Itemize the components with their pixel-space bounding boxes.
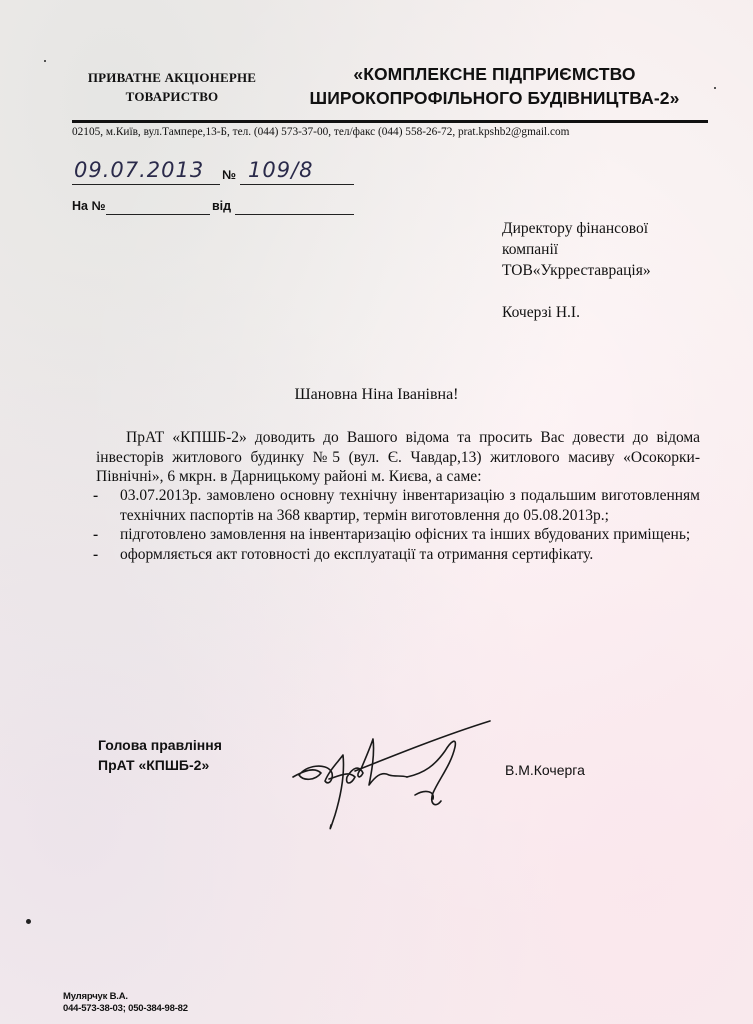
addressee-line2: компанії (502, 239, 722, 260)
list-item: оформляється акт готовності до експлуата… (93, 545, 700, 565)
addressee-block: Директору фінансової компанії ТОВ«Укррес… (502, 218, 722, 323)
addressee-line1: Директору фінансової (502, 218, 722, 239)
executor-info: Мулярчук В.А. 044-573-38-03; 050-384-98-… (63, 991, 188, 1015)
list-item: 03.07.2013р. замовлено основну технічну … (93, 486, 700, 525)
from-label: від (212, 199, 231, 213)
greeting: Шановна Ніна Іванівна! (0, 386, 753, 404)
signatory-position-line1: Голова правління (98, 735, 222, 755)
list-item: підготовлено замовлення на інвентаризаці… (93, 525, 700, 545)
outgoing-date: 09.07.2013 (74, 158, 204, 182)
org-type-line2: ТОВАРИСТВО (72, 87, 272, 106)
signatory-name: В.М.Кочерга (505, 762, 585, 778)
addressee-line3: ТОВ«Укрреставрація» (502, 260, 722, 281)
reply-to-underline (106, 199, 210, 215)
reply-to-label: На № (72, 199, 105, 213)
org-name-line2: ШИРОКОПРОФІЛЬНОГО БУДІВНИЦТВА-2» (282, 86, 707, 110)
org-type-line1: ПРИВАТНЕ АКЦІОНЕРНЕ (72, 68, 272, 87)
letterhead-contacts: 02105, м.Київ, вул.Тампере,13-Б, тел. (0… (72, 126, 712, 138)
executor-name: Мулярчук В.А. (63, 991, 188, 1003)
executor-phones: 044-573-38-03; 050-384-98-82 (63, 1003, 188, 1015)
org-name-line1: «КОМПЛЕКСНЕ ПІДПРИЄМСТВО (282, 62, 707, 86)
outgoing-number: 109/8 (248, 158, 314, 182)
from-underline (235, 199, 354, 215)
letterhead-org-name: «КОМПЛЕКСНЕ ПІДПРИЄМСТВО ШИРОКОПРОФІЛЬНО… (282, 62, 707, 110)
letter-body: ПрАТ «КПШБ-2» доводить до Вашого відома … (96, 428, 700, 487)
scan-speck (44, 60, 46, 62)
body-intro: ПрАТ «КПШБ-2» доводить до Вашого відома … (96, 428, 700, 487)
incoming-reference: На № від (72, 199, 362, 219)
signatory-position: Голова правління ПрАТ «КПШБ-2» (98, 735, 222, 775)
scan-speck (714, 87, 716, 89)
signature-icon (285, 715, 500, 835)
letterhead-org-type: ПРИВАТНЕ АКЦІОНЕРНЕ ТОВАРИСТВО (72, 68, 272, 106)
scan-speck (26, 919, 31, 924)
number-label: № (222, 168, 236, 182)
letterhead-divider (72, 120, 708, 123)
signatory-position-line2: ПрАТ «КПШБ-2» (98, 755, 222, 775)
body-list: 03.07.2013р. замовлено основну технічну … (93, 486, 700, 564)
outgoing-reference: 09.07.2013 № 109/8 (72, 158, 362, 188)
addressee-name: Кочерзі Н.І. (502, 302, 722, 323)
